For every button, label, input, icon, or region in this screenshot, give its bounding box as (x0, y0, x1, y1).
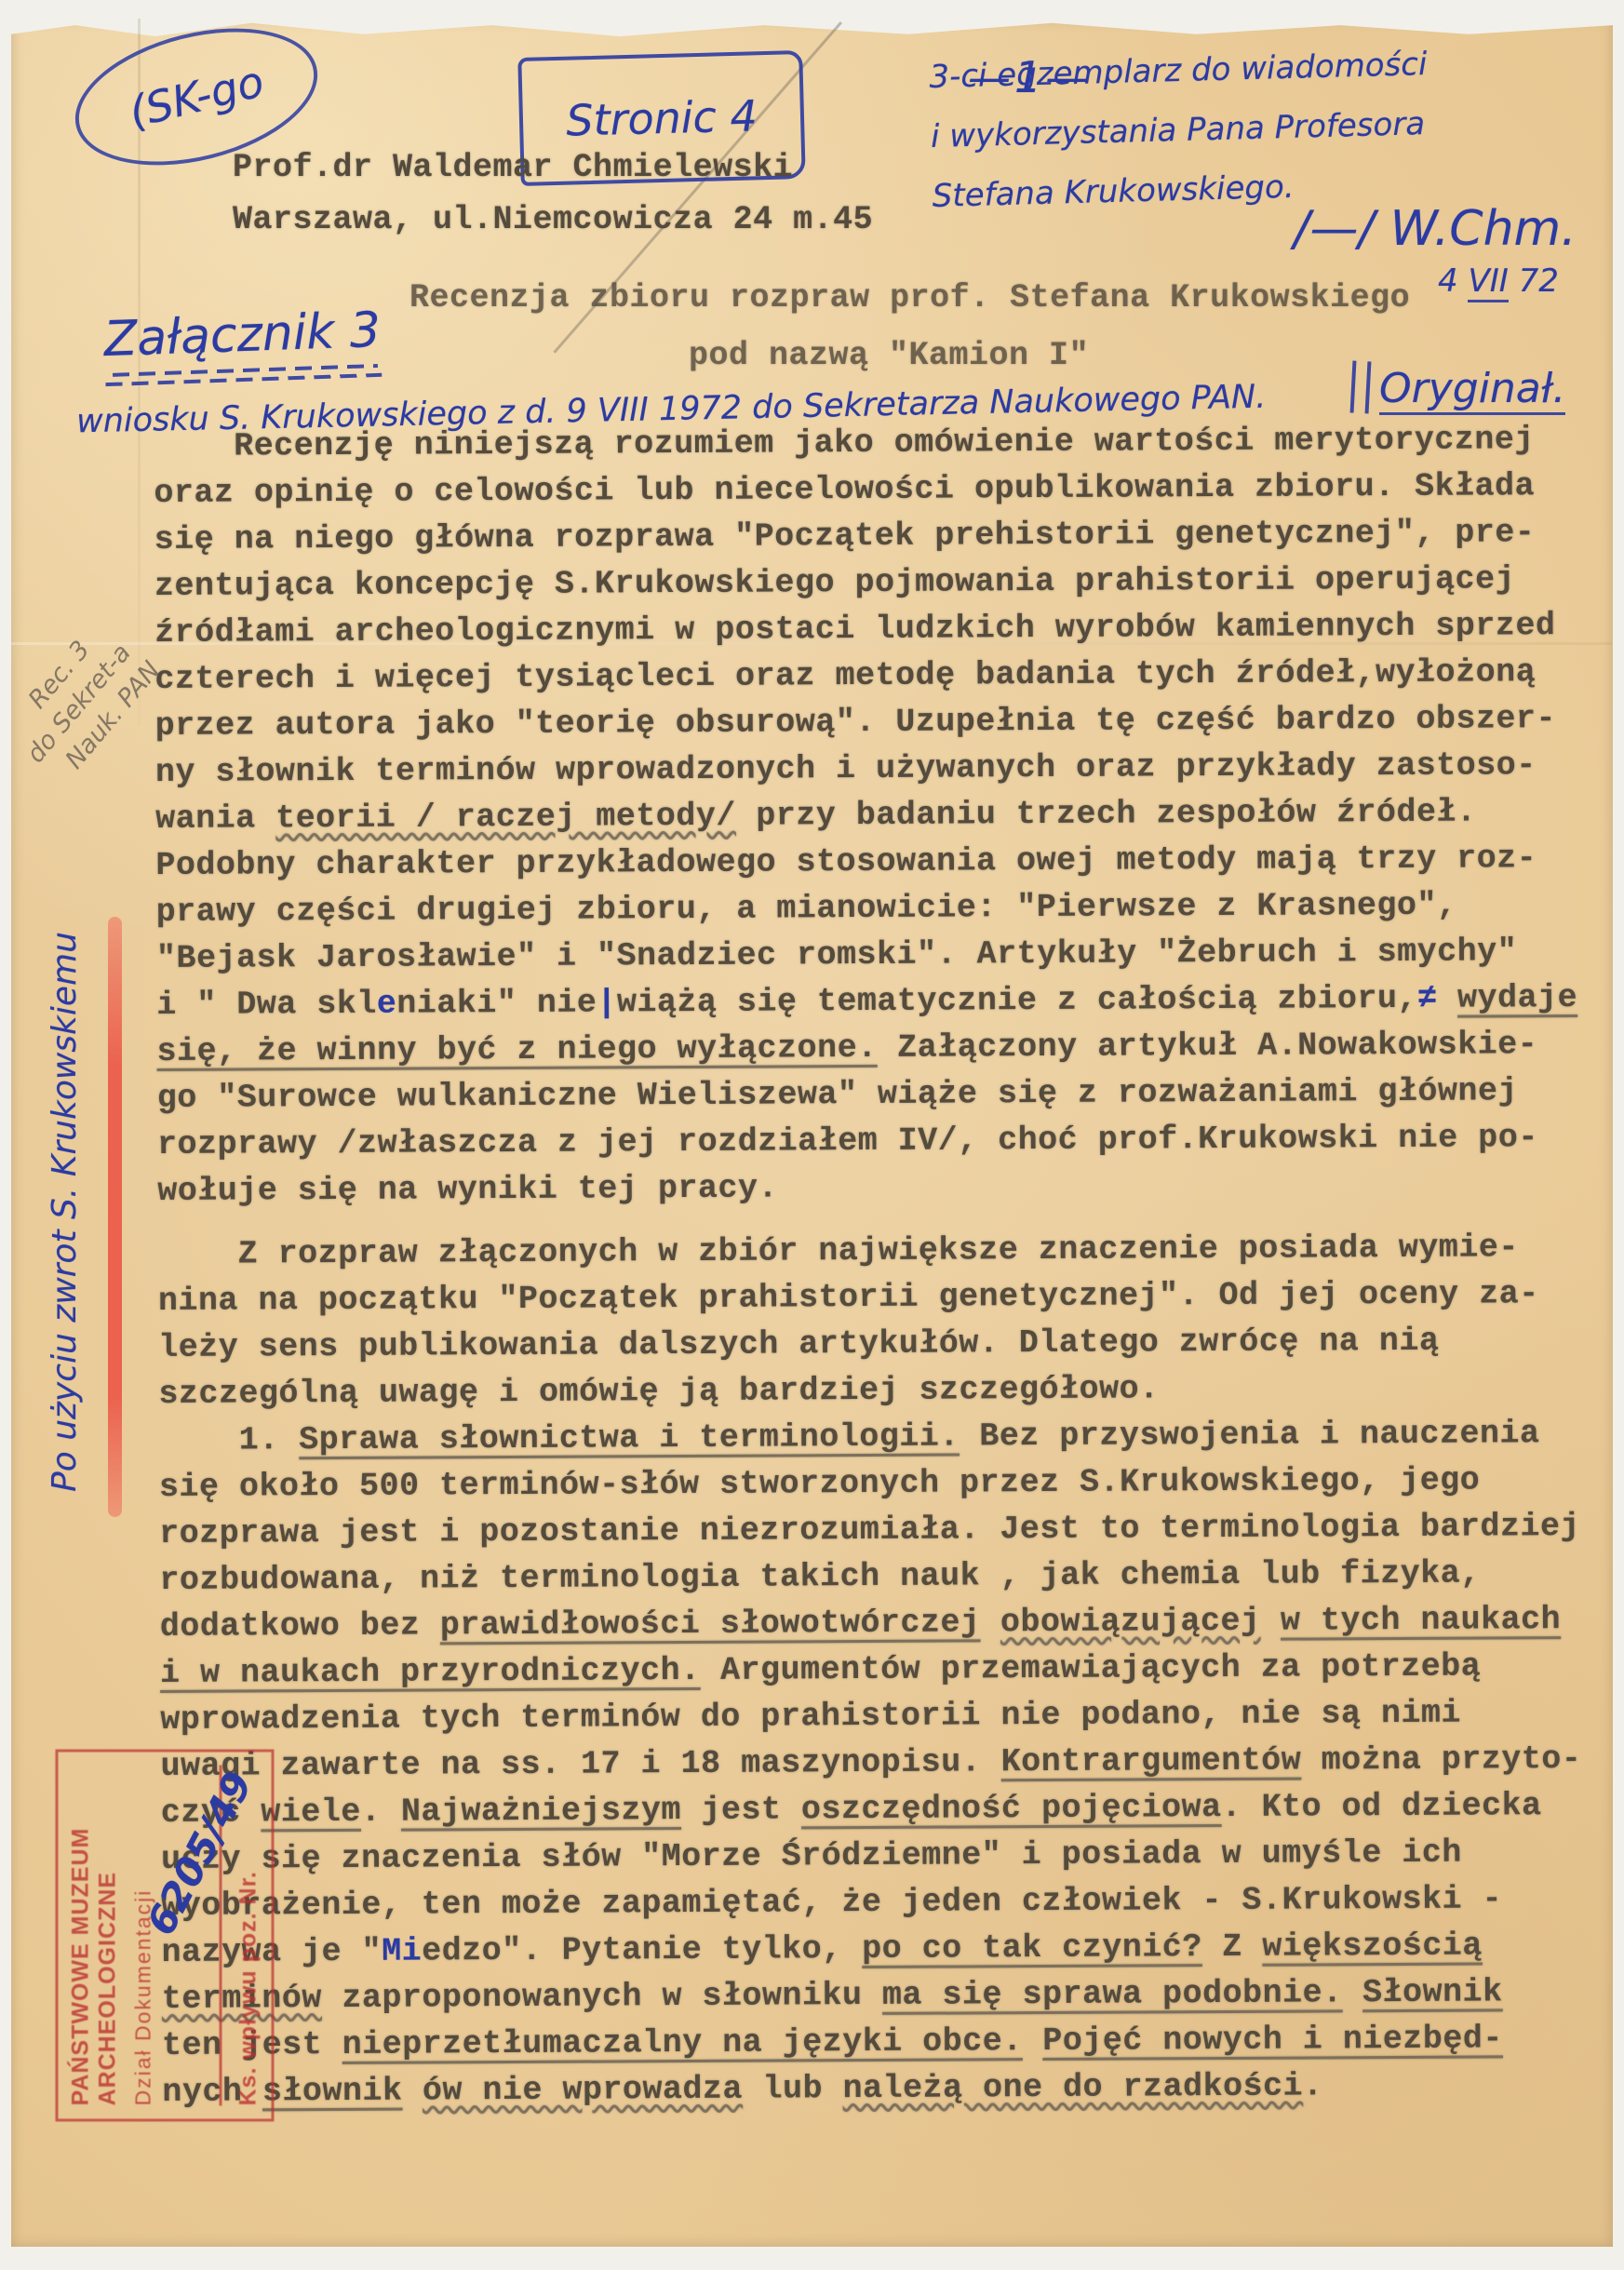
body-text-segment: Słownik (1362, 1973, 1503, 2011)
body-line: rozprawy /zwłaszcza z jej rozdziałem IV/… (157, 1114, 1614, 1168)
body-line: szczególną uwagę i omówię ją bardziej sz… (158, 1363, 1615, 1417)
body-text-segment: wprowadzenia tych terminów do prahistori… (160, 1695, 1461, 1739)
body-text-segment: wyobrażenie, ten może zapamiętać, że jed… (161, 1880, 1502, 1925)
body-text-segment (1260, 1603, 1281, 1640)
document-title: Recenzja zbioru rozpraw prof. Stefana Kr… (409, 279, 1410, 316)
body-line: nych słownik ów nie wprowadza lub należą… (162, 2062, 1618, 2116)
body-text-segment (980, 1604, 1000, 1641)
body-line: 1. Sprawa słownictwa i terminologii. Bez… (159, 1410, 1616, 1464)
date-note: 4 VII 72 (1438, 262, 1559, 300)
body-text-segment: wiele (261, 1793, 361, 1832)
body-text-segment: jest (681, 1791, 801, 1829)
body-text-segment: Kontrargumentów (1001, 1742, 1302, 1781)
body-text-segment: "Bejask Jarosławie" i "Snadziec romski".… (156, 933, 1517, 977)
signature: /—/ W.Chm. (1294, 201, 1577, 257)
body-text-segment: . (1303, 2067, 1323, 2104)
body-text-segment: słownik (262, 2073, 403, 2111)
ink-correction: ≠ (1417, 980, 1438, 1017)
body-text-segment: ów nie wprowadza (423, 2071, 743, 2110)
body-text-segment: czterech i więcej tysiącleci oraz metodę… (154, 653, 1536, 698)
body-text-segment: większością (1262, 1927, 1483, 1966)
body-line: wołuje się na wyniki tej pracy. (157, 1161, 1614, 1215)
ink-correction: | (597, 984, 617, 1021)
body-text-segment: Z (1202, 1928, 1263, 1966)
body-text-segment (1023, 2022, 1043, 2060)
original-note: Oryginał. (1351, 361, 1565, 413)
body-text-segment: zentująca koncepcję S.Krukowskiego pojmo… (154, 560, 1515, 605)
stamp-institution: PAŃSTWOWE MUZEUM ARCHEOLOGICZNE (68, 1766, 122, 2106)
body-text-segment: Najważniejszym (401, 1792, 681, 1831)
scanned-document: (SK-go Stronic 4 —1— 3-ci egzemplarz do … (0, 0, 1624, 2270)
body-text-segment: uczy się znaczenia słów "Morze Śródziemn… (161, 1834, 1462, 1878)
body-text-segment: uwagi zawarte na ss. 17 i 18 maszynopisu… (160, 1743, 1000, 1785)
return-note: Po użyciu zwrot S. Krukowskiemu (46, 895, 101, 1528)
body-text-segment: dodatkowo bez (160, 1606, 440, 1645)
body-text-segment: leży sens publikowania dalszych artykułó… (158, 1323, 1439, 1366)
body-line: nina na początku "Początek prahistorii g… (158, 1270, 1615, 1324)
body-text-segment (1342, 1974, 1362, 2011)
body-line: go "Surowce wulkaniczne Wieliszewa" wiąż… (157, 1068, 1614, 1122)
body-text-segment: . (361, 1793, 401, 1831)
body-text-segment: Bez przyswojenia i nauczenia (960, 1415, 1540, 1455)
body-text-segment: niaki" nie (396, 985, 597, 1023)
body-text-segment: Pojęć nowych i niezbęd- (1042, 2020, 1503, 2060)
body-text-segment: się około 500 terminów-słów stworzonych … (159, 1462, 1480, 1506)
body-text-segment: lub (743, 2070, 843, 2108)
author-address: Warszawa, ul.Niemcowicza 24 m.45 (233, 201, 873, 238)
body-text-segment: obowiązującej (1000, 1603, 1261, 1641)
body-text-segment: edzo". Pytanie tylko, (422, 1930, 862, 1969)
body-text-segment: wołuje się na wyniki tej pracy. (157, 1169, 778, 1209)
body-text-segment: źródłami archeologicznymi w postaci ludz… (154, 607, 1555, 651)
body-text-segment: oraz opinię o celowości lub niecelowości… (154, 467, 1535, 512)
red-crayon-line (108, 917, 122, 1517)
body-text-segment: 1. (159, 1421, 300, 1459)
body-text-segment: wania (155, 799, 275, 838)
body-line: oraz opinię o celowości lub niecelowości… (154, 463, 1610, 517)
body-text-segment: po co tak czynić? (862, 1928, 1202, 1968)
body-text-segment: zaproponowanych w słowniku (322, 1977, 882, 2017)
body-text-segment: Argumentów przemawiających za potrzebą (701, 1648, 1482, 1689)
body-text-segment: rozbudowana, niż terminologia takich nau… (159, 1555, 1480, 1599)
double-bar-mark (1350, 361, 1372, 414)
body-text-segment: ny słownik terminów wprowadzonych i używ… (155, 746, 1537, 791)
body-line: czterech i więcej tysiącleci oraz metodę… (154, 649, 1611, 703)
body-line: nazywa je "Miedzo". Pytanie tylko, po co… (161, 1922, 1617, 1976)
date-month: VII (1468, 262, 1508, 302)
body-text-segment: Załączony artykuł A.Nowakowskie- (878, 1026, 1538, 1067)
body-line: leży sens publikowania dalszych artykułó… (158, 1317, 1615, 1371)
body-text-segment: Recenzję niniejszą rozumiem jako omówien… (154, 421, 1535, 465)
body-line: Z rozpraw złączonych w zbiór największe … (158, 1224, 1615, 1278)
body-line: się około 500 terminów-słów stworzonych … (159, 1457, 1616, 1511)
body-text-segment: przy badaniu trzech zespołów źródeł. (736, 794, 1477, 835)
body-line: prawy części drugiej zbioru, a mianowici… (156, 881, 1613, 935)
body-line: "Bejask Jarosławie" i "Snadziec romski".… (156, 928, 1613, 982)
body-line: dodatkowo bez prawidłowości słowotwórcze… (160, 1596, 1617, 1650)
body-line: się na niego główna rozprawa "Początek p… (154, 509, 1611, 563)
body-text-segment: Sprawa słownictwa i terminologii. (299, 1417, 960, 1458)
body-text-segment: się, że winny być z niego wyłączone. (156, 1029, 877, 1070)
body-text-segment: i " Dwa skl (156, 986, 377, 1024)
body-line: czyć wiele. Najważniejszym jest oszczędn… (161, 1782, 1617, 1836)
body-text-segment: należą one do rzadkości (842, 2068, 1303, 2108)
body-line: się, że winny być z niego wyłączone. Zał… (156, 1021, 1613, 1075)
body-text-segment (1437, 980, 1457, 1017)
body-text-segment: nieprzetłumaczalny na języki obce. (342, 2022, 1023, 2063)
body-text-segment: można przyto- (1301, 1740, 1581, 1780)
corner-note-text: (SK-go (124, 56, 268, 138)
body-text-segment: go "Surowce wulkaniczne Wieliszewa" wiąż… (157, 1072, 1518, 1117)
body-line: terminów zaproponowanych w słowniku ma s… (162, 1968, 1618, 2022)
body-text-segment: przez autora jako "teorię obsurową". Uzu… (155, 700, 1556, 745)
body-line: wprowadzenia tych terminów do prahistori… (160, 1689, 1617, 1743)
body-text-segment: i w naukach przyrodniczych. (160, 1652, 701, 1692)
body-text-segment: w tych naukach (1281, 1601, 1561, 1640)
body-line: rozbudowana, niż terminologia takich nau… (159, 1550, 1616, 1604)
body-text-segment: . Kto od dziecka (1221, 1787, 1541, 1826)
original-note-text: Oryginał. (1379, 365, 1565, 415)
body-line: wyobrażenie, ten może zapamiętać, że jed… (161, 1875, 1617, 1929)
ink-correction: e (377, 986, 397, 1023)
body-text-segment: rozprawa jest i pozostanie niezrozumiała… (159, 1508, 1580, 1552)
body-text-segment: szczególną uwagę i omówię ją bardziej sz… (158, 1370, 1159, 1413)
body-text-segment: Podobny charakter przykładowego stosowan… (155, 839, 1537, 884)
body-text-segment: Z rozpraw złączonych w zbiór największe … (158, 1229, 1519, 1273)
body-line: przez autora jako "teorię obsurową". Uzu… (155, 695, 1612, 749)
body-line: ten jest nieprzetłumaczalny na języki ob… (162, 2015, 1618, 2069)
body-text-segment: wydaje (1457, 979, 1577, 1017)
body-line: uwagi zawarte na ss. 17 i 18 maszynopisu… (160, 1736, 1617, 1790)
body-text-segment (402, 2073, 423, 2110)
body-line: ny słownik terminów wprowadzonych i używ… (155, 742, 1612, 796)
distribution-note: 3-ci egzemplarz do wiadomości i wykorzys… (929, 34, 1431, 226)
body-text-segment: wiążą się tematycznie z całością zbioru, (617, 980, 1417, 1022)
body-line: zentująca koncepcję S.Krukowskiego pojmo… (154, 556, 1611, 610)
body-line: źródłami archeologicznymi w postaci ludz… (154, 602, 1611, 656)
attachment-note: Załącznik 3 (103, 302, 383, 386)
body-text-segment: rozprawy /zwłaszcza z jej rozdziałem IV/… (157, 1119, 1538, 1163)
body-line: Podobny charakter przykładowego stosowan… (155, 835, 1612, 889)
stamp-department: Dział Dokumentacji (131, 1766, 156, 2106)
author-line: Prof.dr Waldemar Chmielewski (233, 149, 793, 186)
body-line: i " Dwa skleniaki" nie|wiążą się tematyc… (156, 974, 1613, 1028)
date-day: 4 (1438, 262, 1468, 300)
body-line: rozprawa jest i pozostanie niezrozumiała… (159, 1503, 1616, 1557)
body-text-segment: prawidłowości słowotwórczej (440, 1604, 981, 1644)
body-line: uczy się znaczenia słów "Morze Śródziemn… (161, 1829, 1617, 1883)
typed-body: Recenzję niniejszą rozumiem jako omówien… (154, 416, 1618, 2116)
body-line: Recenzję niniejszą rozumiem jako omówien… (154, 416, 1610, 470)
document-subtitle: pod nazwą "Kamion I" (689, 337, 1089, 374)
body-text-segment: nina na początku "Początek prahistorii g… (158, 1275, 1539, 1320)
body-text-segment: teorii / raczej metody/ (275, 798, 736, 838)
pages-box-text: Stronic 4 (566, 90, 758, 145)
body-text-segment: oszczędność pojęciowa (801, 1789, 1222, 1828)
body-text-segment: ma się sprawa podobnie. (882, 1974, 1343, 2014)
body-text-segment: się na niego główna rozprawa "Początek p… (154, 514, 1536, 558)
date-year: 72 (1509, 262, 1559, 300)
body-line: wania teorii / raczej metody/ przy badan… (155, 788, 1612, 842)
ink-correction: Mi (382, 1933, 422, 1970)
body-text-segment: prawy części drugiej zbioru, a mianowici… (156, 887, 1457, 931)
body-line: i w naukach przyrodniczych. Argumentów p… (160, 1643, 1617, 1697)
